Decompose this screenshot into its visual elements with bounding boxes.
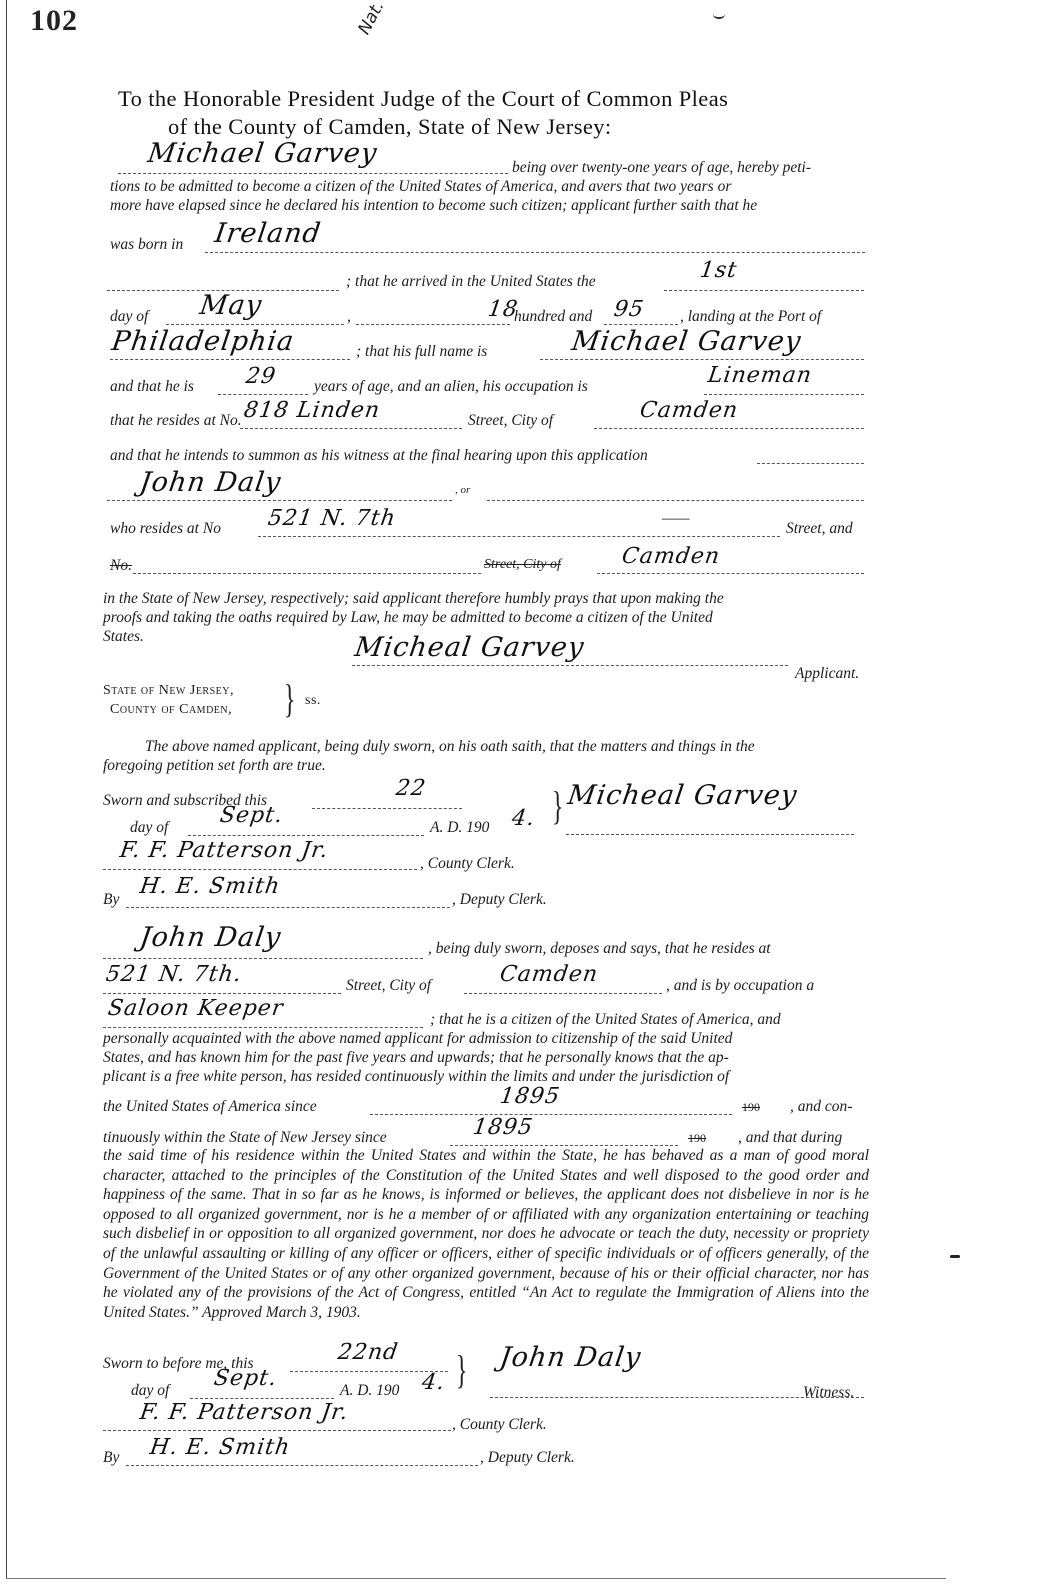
deposes-label: , being duly sworn, deposes and says, th… (428, 940, 771, 958)
applicant-name-field (118, 173, 508, 174)
oath-month-field (188, 835, 424, 836)
witness-deputy-clerk-signature: H. E. Smith (148, 1435, 292, 1460)
full-name-field (540, 359, 864, 360)
citizen-text: ; that he is a citizen of the United Sta… (430, 1011, 781, 1029)
margin-note: Nat. Ret. 9/22/04 (354, 0, 440, 38)
second-address-field (133, 573, 481, 574)
arrived-label: ; that he arrived in the United States t… (346, 273, 596, 291)
applicant-name: Michael Garvey (146, 138, 380, 169)
witness-oath-day: 22nd (336, 1340, 400, 1365)
oath-day-of-label: day of (130, 819, 168, 837)
petition-text: tions to be admitted to become a citizen… (110, 178, 731, 196)
affidavit-text: States, and has known him for the past f… (103, 1049, 729, 1067)
resides-label: that he resides at No. (110, 412, 242, 430)
oath-text: The above named applicant, being duly sw… (145, 738, 755, 756)
struck-street-city-label: Street, City of (484, 557, 561, 573)
and-con-label: , and con- (790, 1098, 852, 1116)
witness-day-of-label: day of (131, 1382, 169, 1400)
county-clerk-signature: F. F. Patterson Jr. (118, 838, 330, 863)
no-label-text: No. (110, 557, 132, 574)
witness-signature: John Daly (498, 1342, 643, 1373)
witness-resides-label: who resides at No (110, 520, 221, 538)
page-left-border (6, 0, 7, 1578)
naturalization-petition-page: 102 Nat. Ret. 9/22/04 To the Honorable P… (0, 0, 1063, 1593)
witness-county-clerk-label: , County Clerk. (452, 1416, 547, 1434)
affidavit-text: personally acquainted with the above nam… (103, 1030, 732, 1048)
affidavit-occupation-field (103, 1027, 423, 1028)
applicant-signature-line (352, 665, 788, 666)
occupation-field (704, 394, 864, 395)
by-label: By (103, 891, 119, 909)
and-during-label: , and that during (738, 1129, 842, 1147)
witness-deputy-clerk-field (126, 1465, 478, 1466)
county-clerk-field (103, 869, 417, 870)
page-bottom-border (6, 1578, 946, 1579)
struck-year-prefix-2: 190 (688, 1131, 706, 1146)
age-field (218, 394, 308, 395)
nj-since-label: tinuously within the State of New Jersey… (103, 1129, 387, 1147)
oath-ad-label: A. D. 190 (430, 819, 489, 837)
witness-city: Camden (620, 544, 722, 569)
city-field (594, 428, 864, 429)
arrival-month-field (166, 324, 344, 325)
witness-name-field (107, 500, 452, 501)
us-since-field (370, 1114, 732, 1115)
county-clerk-label: , County Clerk. (420, 855, 515, 873)
applicant-signature: Micheal Garvey (353, 632, 587, 663)
struck-year-text-2: 190 (688, 1131, 706, 1145)
port-of-arrival: Philadelphia (110, 326, 297, 357)
comma: , (347, 308, 351, 326)
arrival-day-field (664, 290, 864, 291)
affidavit-street-city-label: Street, City of (346, 977, 431, 995)
occupation-label: , and is by occupation a (666, 977, 814, 995)
affidavit-address: 521 N. 7th. (104, 962, 243, 987)
witness-field (757, 463, 864, 464)
struck-street-city-text: Street, City of (484, 557, 561, 572)
witness-oath-month-field (190, 1398, 334, 1399)
witness-oath-month: Sept. (212, 1366, 279, 1391)
address-field (240, 428, 462, 429)
witness-deputy-clerk-label: , Deputy Clerk. (480, 1449, 575, 1467)
arrival-month: May (198, 290, 264, 321)
venue-state: State of New Jersey, (103, 683, 234, 699)
witness-city-field (597, 573, 864, 574)
prayer-text: States. (103, 628, 144, 646)
prayer-text: in the State of New Jersey, respectively… (103, 590, 724, 608)
witness-county-clerk-field (103, 1430, 451, 1431)
witness-county-clerk-signature: F. F. Patterson Jr. (138, 1400, 350, 1425)
applicant-label: Applicant. (795, 665, 859, 683)
arrival-day: 1st (698, 258, 739, 283)
oath-signature-line (566, 834, 854, 835)
street-and-label: Street, and (786, 520, 853, 538)
document-title: To the Honorable President Judge of the … (118, 86, 1063, 112)
full-name-label: ; that his full name is (356, 343, 487, 361)
affidavit-city: Camden (498, 962, 600, 987)
birthplace: Ireland (213, 218, 323, 249)
affidavit-witness-name: John Daly (138, 922, 283, 953)
witness-oath-brace: } (456, 1346, 468, 1393)
stray-mark (950, 1255, 960, 1258)
oath-year-digit: 4. (510, 806, 537, 831)
port-field (110, 359, 350, 360)
affidavit-city-field (464, 993, 662, 994)
arrival-year: 95 (612, 297, 646, 322)
struck-year-prefix: 190 (742, 1100, 760, 1115)
witness-by-label: By (103, 1449, 119, 1467)
witness-intent-label: and that he intends to summon as his wit… (110, 447, 648, 465)
witness-address-field (258, 536, 780, 537)
us-since-year: 1895 (498, 1084, 562, 1109)
affidavit-witness-field (103, 958, 423, 959)
prayer-text: proofs and taking the oaths required by … (103, 609, 713, 627)
affidavit-text: plicant is a free white person, has resi… (103, 1068, 729, 1086)
day-of-label: day of (110, 308, 148, 326)
witness-address-dash: —— (662, 510, 690, 528)
struck-year-text: 190 (742, 1100, 760, 1114)
birthplace-field (205, 252, 865, 253)
page-number: 102 (30, 4, 78, 38)
witness-label: Witness. (803, 1384, 854, 1402)
venue-county: County of Camden, (110, 702, 232, 718)
affidavit-occupation: Saloon Keeper (106, 996, 285, 1021)
city: Camden (638, 398, 740, 423)
document-title-line2: of the County of Camden, State of New Je… (168, 114, 1063, 140)
occupation: Lineman (706, 363, 813, 388)
age: 29 (244, 364, 278, 389)
landing-label: , landing at the Port of (680, 308, 821, 326)
witness-year-digit: 4. (420, 1370, 447, 1395)
venue-brace: } (284, 675, 296, 722)
us-since-label: the United States of America since (103, 1098, 317, 1116)
good-character-paragraph: the said time of his residence within th… (103, 1146, 869, 1322)
oath-brace: } (552, 782, 564, 829)
alt-witness-field (487, 500, 864, 501)
petition-text: being over twenty-one years of age, here… (512, 159, 811, 177)
alien-occupation-label: years of age, and an alien, his occupati… (314, 378, 588, 396)
stray-mark (713, 14, 725, 19)
oath-applicant-signature: Micheal Garvey (566, 780, 800, 811)
arrival-century-field (356, 324, 510, 325)
deputy-clerk-field (126, 907, 450, 908)
hundred-label: hundred and (514, 308, 592, 326)
arrival-year-field (604, 324, 678, 325)
witness-ad-label: A. D. 190 (340, 1382, 399, 1400)
deputy-clerk-signature: H. E. Smith (138, 874, 282, 899)
witness-name: John Daly (138, 467, 283, 498)
oath-month: Sept. (218, 803, 285, 828)
oath-day: 22 (394, 776, 428, 801)
oath-day-field (312, 808, 462, 809)
venue-ss: ss. (305, 693, 321, 709)
affidavit-address-field (103, 993, 341, 994)
petition-text: more have elapsed since he declared his … (110, 197, 757, 215)
age-label: and that he is (110, 378, 194, 396)
or-label: , or (455, 484, 470, 496)
street-city-label: Street, City of (468, 412, 553, 430)
deputy-clerk-label: , Deputy Clerk. (452, 891, 547, 909)
witness-address: 521 N. 7th (266, 506, 397, 531)
born-label: was born in (110, 236, 183, 254)
address: 818 Linden (242, 398, 382, 423)
full-name: Michael Garvey (570, 326, 804, 357)
no-label: No. (110, 557, 132, 575)
oath-text: foregoing petition set forth are true. (103, 757, 326, 775)
nj-since-year: 1895 (471, 1115, 535, 1140)
